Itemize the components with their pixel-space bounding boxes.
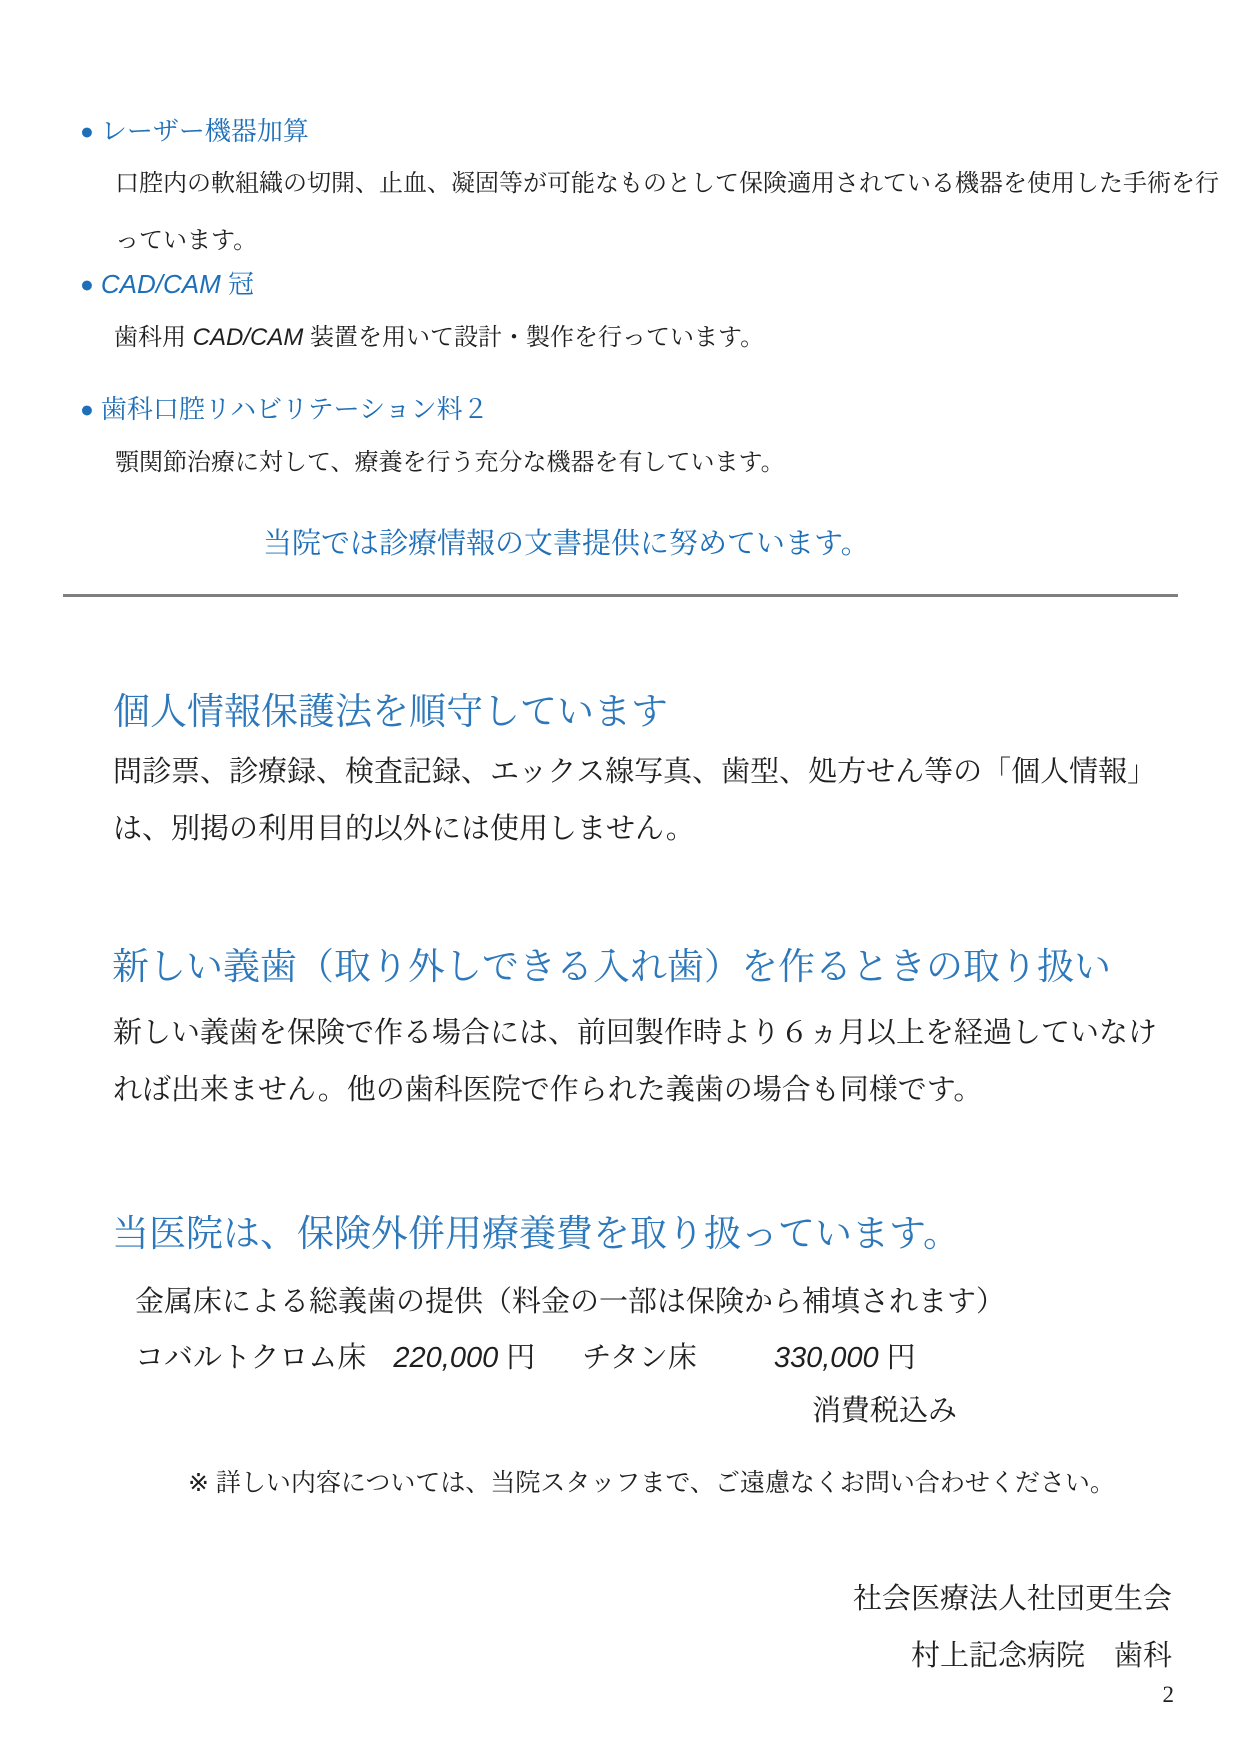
privacy-heading: 個人情報保護法を順守しています	[113, 690, 668, 734]
insurance-subtitle: 金属床による総義歯の提供（料金の一部は保険から補填されます）	[135, 1285, 1005, 1320]
document-page: ●レーザー機器加算 口腔内の軟組織の切開、止血、凝固等が可能なものとして保険適用…	[0, 0, 1241, 1755]
cadcam-body-suffix: 装置を用いて設計・製作を行っています。	[303, 324, 764, 351]
denture-body-line-2: れば出来ません。他の歯科医院で作られた義歯の場合も同様です。	[113, 1073, 982, 1108]
price-unit-cobalt: 円	[506, 1341, 535, 1376]
tax-note: 消費税込み	[812, 1394, 957, 1429]
laser-body-line-1: 口腔内の軟組織の切開、止血、凝固等が可能なものとして保険適用されている機器を使用…	[115, 170, 1219, 199]
insurance-heading: 当医院は、保険外併用療養費を取り扱っています。	[112, 1212, 960, 1256]
laser-body-line-2: っています。	[115, 227, 257, 256]
price-label-cobalt: コバルトクロム床	[135, 1341, 366, 1376]
footer-department: 村上記念病院 歯科	[911, 1633, 1172, 1674]
price-row: コバルトクロム床 220,000 円 チタン床 330,000 円	[135, 1341, 916, 1376]
cadcam-body: 歯科用 CAD/CAM 装置を用いて設計・製作を行っています。	[114, 324, 764, 353]
page-number: 2	[1163, 1682, 1175, 1708]
privacy-body-line-1: 問診票、診療録、検査記録、エックス線写真、歯型、処方せん等の「個人情報」	[113, 755, 1156, 790]
denture-body-line-1: 新しい義歯を保険で作る場合には、前回製作時より６ヵ月以上を経過していなけ	[113, 1016, 1157, 1051]
privacy-body-line-2: は、別掲の利用目的以外には使用しません。	[113, 812, 695, 847]
section-divider	[63, 594, 1178, 597]
footer-organization: 社会医療法人社団更生会	[853, 1576, 1172, 1617]
section-heading-laser-label: レーザー機器加算	[101, 116, 309, 146]
section-heading-rehab-label: 歯科口腔リハビリテーション料２	[101, 394, 489, 424]
denture-heading: 新しい義歯（取り外しできる入れ歯）を作るときの取り扱い	[112, 945, 1111, 989]
rehab-body: 顎関節治療に対して、療養を行う充分な機器を有しています。	[115, 449, 785, 478]
bullet-icon: ●	[80, 271, 94, 297]
price-unit-titanium: 円	[887, 1341, 916, 1376]
section-heading-cadcam-suffix: 冠	[221, 269, 254, 299]
contact-note: ※ 詳しい内容については、当院スタッフまで、ご遠慮なくお問い合わせください。	[188, 1463, 1115, 1499]
price-label-titanium: チタン床	[582, 1341, 697, 1376]
section-heading-rehab: ●歯科口腔リハビリテーション料２	[80, 394, 489, 425]
section-heading-cadcam: ●CAD/CAM 冠	[80, 269, 254, 300]
section-heading-cadcam-latin: CAD/CAM	[101, 269, 221, 299]
bullet-icon: ●	[80, 118, 94, 144]
price-amount-cobalt: 220,000	[393, 1341, 498, 1376]
cadcam-body-prefix: 歯科用	[114, 324, 193, 351]
cadcam-body-latin: CAD/CAM	[193, 324, 304, 351]
section-heading-laser: ●レーザー機器加算	[80, 116, 309, 147]
bullet-icon: ●	[80, 396, 94, 422]
document-notice: 当院では診療情報の文書提供に努めています。	[263, 521, 870, 562]
price-amount-titanium: 330,000	[774, 1341, 879, 1376]
